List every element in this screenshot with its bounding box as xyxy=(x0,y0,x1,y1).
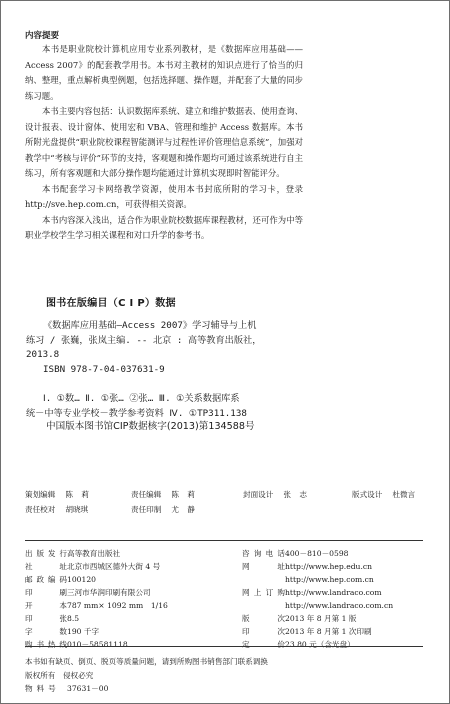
cip-verification-number: 中国版本图书馆CIP数据核字(2013)第134588号 xyxy=(46,418,255,432)
cip-line: Ⅰ. ①数… Ⅱ. ①张… ②张… Ⅲ. ①关系数据库系 xyxy=(26,392,261,407)
cip-line: 《数据库应用基础—Access 2007》学习辅导与上机 xyxy=(26,319,261,334)
rights-notice: 版权所有 侵权必究 xyxy=(25,669,268,683)
cip-record: 《数据库应用基础—Access 2007》学习辅导与上机 练习 / 张巍，张岚主… xyxy=(26,319,261,421)
pub-row-phone: 咨询电话400－810－0598 xyxy=(242,547,393,560)
pub-value: 高等教育出版社 xyxy=(67,547,120,560)
pub-key: 网 址 xyxy=(242,560,285,573)
credit-proofreader: 责任校对胡晓琪 xyxy=(25,502,88,517)
pub-key: 开 本 xyxy=(25,599,67,612)
pub-key: 版 次 xyxy=(242,612,285,625)
credit-name: 杜微言 xyxy=(392,487,415,502)
publication-info-right: 咨询电话400－810－0598 网 址http://www.hep.edu.c… xyxy=(242,547,393,651)
abstract-heading: 内容提要 xyxy=(25,29,59,41)
material-value: 37631－00 xyxy=(67,684,108,693)
credit-role: 责任校对 xyxy=(25,502,55,517)
credit-name: 陈 莉 xyxy=(171,487,198,502)
pub-value: 北京市西城区德外大街 4 号 xyxy=(67,560,160,573)
credit-role: 责任印制 xyxy=(131,502,161,517)
pub-value: 2013 年 8 月第 1 版 xyxy=(285,612,356,625)
pub-key: 网上订购 xyxy=(242,586,285,599)
quality-notice: 本书如有缺页、倒页、脱页等质量问题，请到所购图书销售部门联系调换 xyxy=(25,655,268,669)
credit-role: 版式设计 xyxy=(352,487,382,502)
pub-value: 010－58581118 xyxy=(67,638,128,651)
credit-print-supervisor: 责任印制尤 静 xyxy=(131,502,198,517)
pub-row-wordcount: 字 数190 千字 xyxy=(25,625,168,638)
pub-row-hotline: 购书热线010－58581118 xyxy=(25,638,168,651)
pub-key: 社 址 xyxy=(25,560,67,573)
credit-layout-design: 版式设计杜微言 xyxy=(352,487,415,502)
credit-name: 张 志 xyxy=(283,487,310,502)
pub-row-website: 网 址http://www.hep.edu.cn xyxy=(242,560,393,573)
pub-value: http://www.hep.edu.cn xyxy=(285,560,372,573)
cip-spacer xyxy=(26,377,261,392)
copyright-page: 内容提要 本书是职业院校计算机应用专业系列教材，是《数据库应用基础——Acces… xyxy=(0,0,450,704)
pub-value: 100120 xyxy=(67,573,96,586)
pub-value: 23.80 元（含光盘） xyxy=(285,638,355,651)
cip-title: 图书在版编目（C I P）数据 xyxy=(46,294,176,309)
cip-line: 2013.8 xyxy=(26,348,261,363)
pub-value: 400－810－0598 xyxy=(285,547,349,560)
pub-value: 8.5 xyxy=(67,612,79,625)
pub-value: 787 mm× 1092 mm 1/16 xyxy=(67,599,168,612)
credit-planning-editor: 策划编辑陈 莉 xyxy=(25,487,92,502)
pub-row-edition: 版 次2013 年 8 月第 1 版 xyxy=(242,612,393,625)
pub-key: 购书热线 xyxy=(25,638,67,651)
material-key: 物料号 xyxy=(25,682,67,696)
abstract-paragraph: 本书主要内容包括：认识数据库系统、建立和维护数据表、使用查询、设计报表、设计窗体… xyxy=(25,104,303,182)
credit-name: 陈 莉 xyxy=(65,487,92,502)
cip-isbn: ISBN 978-7-04-037631-9 xyxy=(26,363,261,378)
credit-role: 策划编辑 xyxy=(25,487,55,502)
pub-value: http://www.landraco.com xyxy=(285,586,382,599)
pub-row-price: 定 价23.80 元（含光盘） xyxy=(242,638,393,651)
pub-row-format: 开 本787 mm× 1092 mm 1/16 xyxy=(25,599,168,612)
abstract-paragraph: 本书是职业院校计算机应用专业系列教材，是《数据库应用基础——Access 200… xyxy=(25,42,303,104)
credit-responsible-editor: 责任编辑陈 莉 xyxy=(131,487,198,502)
credit-name: 胡晓琪 xyxy=(65,502,88,517)
cip-line: 练习 / 张巍，张岚主编. -- 北京 : 高等教育出版社， xyxy=(26,334,261,349)
pub-row-website-alt: http://www.hep.com.cn xyxy=(242,573,393,586)
pub-value: 2013 年 8 月第 1 次印刷 xyxy=(285,625,372,638)
abstract-body: 本书是职业院校计算机应用专业系列教材，是《数据库应用基础——Access 200… xyxy=(25,42,303,244)
publication-info-left: 出版发行高等教育出版社 社 址北京市西城区德外大街 4 号 邮政编码100120… xyxy=(25,547,168,651)
pub-row-online-order: 网上订购http://www.landraco.com xyxy=(242,586,393,599)
pub-key: 印 张 xyxy=(25,612,67,625)
pub-key: 字 数 xyxy=(25,625,67,638)
pub-row-printing: 印 次2013 年 8 月第 1 次印刷 xyxy=(242,625,393,638)
pub-key: 出版发行 xyxy=(25,547,67,560)
abstract-paragraph: 本书内容深入浅出，适合作为职业院校数据库课程教材，还可作为中等职业学校学生学习相… xyxy=(25,213,303,244)
pub-value: 190 千字 xyxy=(67,625,99,638)
pub-row-printer: 印 刷三河市华润印刷有限公司 xyxy=(25,586,168,599)
credit-role: 封面设计 xyxy=(243,487,273,502)
pub-key: 咨询电话 xyxy=(242,547,285,560)
material-number: 物料号37631－00 xyxy=(25,682,268,696)
divider-top xyxy=(25,540,423,541)
pub-value: http://www.landraco.com.cn xyxy=(285,599,393,612)
credit-cover-design: 封面设计张 志 xyxy=(243,487,310,502)
pub-value: 三河市华润印刷有限公司 xyxy=(67,586,151,599)
pub-row-publisher: 出版发行高等教育出版社 xyxy=(25,547,168,560)
pub-key: 定 价 xyxy=(242,638,285,651)
credit-role: 责任编辑 xyxy=(131,487,161,502)
divider-bottom xyxy=(25,646,423,647)
abstract-paragraph: 本书配套学习卡网络教学资源，使用本书封底所附的学习卡，登录 http://sve… xyxy=(25,182,303,213)
pub-key: 印 次 xyxy=(242,625,285,638)
pub-key: 印 刷 xyxy=(25,586,67,599)
pub-row-online-order-alt: http://www.landraco.com.cn xyxy=(242,599,393,612)
pub-row-address: 社 址北京市西城区德外大街 4 号 xyxy=(25,560,168,573)
pub-value: http://www.hep.com.cn xyxy=(285,573,374,586)
credit-name: 尤 静 xyxy=(171,502,198,517)
pub-key: 邮政编码 xyxy=(25,573,67,586)
pub-row-postcode: 邮政编码100120 xyxy=(25,573,168,586)
footer-notes: 本书如有缺页、倒页、脱页等质量问题，请到所购图书销售部门联系调换 版权所有 侵权… xyxy=(25,655,268,696)
pub-row-sheets: 印 张8.5 xyxy=(25,612,168,625)
